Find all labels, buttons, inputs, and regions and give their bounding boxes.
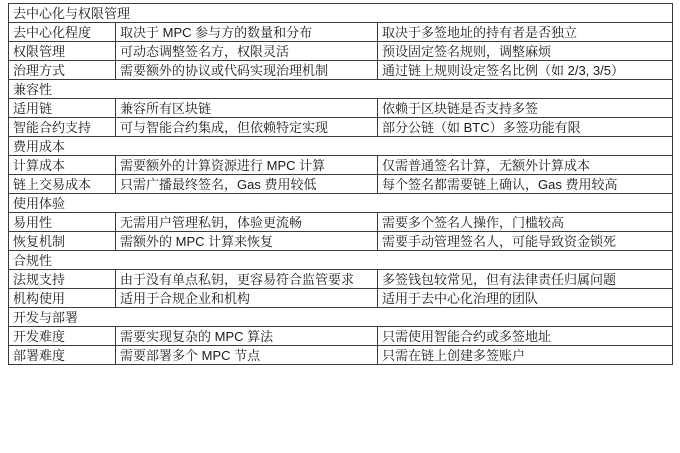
table-row: 权限管理 可动态调整签名方，权限灵活 预设固定签名规则，调整麻烦 [9, 42, 673, 61]
table-row: 适用链 兼容所有区块链 依赖于区块链是否支持多签 [9, 99, 673, 118]
multisig-cell: 适用于去中心化治理的团队 [378, 289, 673, 308]
multisig-cell: 多签钱包较常见，但有法律责任归属问题 [378, 270, 673, 289]
row-label: 法规支持 [9, 270, 116, 289]
row-label: 机构使用 [9, 289, 116, 308]
table-row: 机构使用 适用于合规企业和机构 适用于去中心化治理的团队 [9, 289, 673, 308]
section-header-row: 去中心化与权限管理 [9, 4, 673, 23]
table-row: 链上交易成本 只需广播最终签名，Gas 费用较低 每个签名都需要链上确认，Gas… [9, 175, 673, 194]
table-row: 部署难度 需要部署多个 MPC 节点 只需在链上创建多签账户 [9, 346, 673, 365]
row-label: 适用链 [9, 99, 116, 118]
mpc-cell: 适用于合规企业和机构 [116, 289, 378, 308]
row-label: 权限管理 [9, 42, 116, 61]
mpc-cell: 无需用户管理私钥，体验更流畅 [116, 213, 378, 232]
multisig-cell: 预设固定签名规则，调整麻烦 [378, 42, 673, 61]
multisig-cell: 依赖于区块链是否支持多签 [378, 99, 673, 118]
table-row: 治理方式 需要额外的协议或代码实现治理机制 通过链上规则设定签名比例（如 2/3… [9, 61, 673, 80]
table-row: 去中心化程度 取决于 MPC 参与方的数量和分布 取决于多签地址的持有者是否独立 [9, 23, 673, 42]
section-title: 开发与部署 [9, 308, 673, 327]
section-title: 去中心化与权限管理 [9, 4, 673, 23]
multisig-cell: 仅需普通签名计算，无额外计算成本 [378, 156, 673, 175]
table-row: 法规支持 由于没有单点私钥，更容易符合监管要求 多签钱包较常见，但有法律责任归属… [9, 270, 673, 289]
table-row: 智能合约支持 可与智能合约集成，但依赖特定实现 部分公链（如 BTC）多签功能有… [9, 118, 673, 137]
row-label: 治理方式 [9, 61, 116, 80]
row-label: 链上交易成本 [9, 175, 116, 194]
row-label: 智能合约支持 [9, 118, 116, 137]
row-label: 计算成本 [9, 156, 116, 175]
section-header-row: 开发与部署 [9, 308, 673, 327]
mpc-cell: 需要实现复杂的 MPC 算法 [116, 327, 378, 346]
section-title: 兼容性 [9, 80, 673, 99]
row-label: 去中心化程度 [9, 23, 116, 42]
table-row: 开发难度 需要实现复杂的 MPC 算法 只需使用智能合约或多签地址 [9, 327, 673, 346]
mpc-cell: 取决于 MPC 参与方的数量和分布 [116, 23, 378, 42]
mpc-cell: 可与智能合约集成，但依赖特定实现 [116, 118, 378, 137]
section-header-row: 合规性 [9, 251, 673, 270]
section-title: 费用成本 [9, 137, 673, 156]
section-header-row: 兼容性 [9, 80, 673, 99]
section-header-row: 费用成本 [9, 137, 673, 156]
multisig-cell: 需要多个签名人操作，门槛较高 [378, 213, 673, 232]
multisig-cell: 每个签名都需要链上确认，Gas 费用较高 [378, 175, 673, 194]
multisig-cell: 只需在链上创建多签账户 [378, 346, 673, 365]
mpc-cell: 需要额外的协议或代码实现治理机制 [116, 61, 378, 80]
mpc-cell: 只需广播最终签名，Gas 费用较低 [116, 175, 378, 194]
table-row: 恢复机制 需额外的 MPC 计算来恢复 需要手动管理签名人，可能导致资金锁死 [9, 232, 673, 251]
mpc-cell: 可动态调整签名方，权限灵活 [116, 42, 378, 61]
comparison-table-page: 去中心化与权限管理 去中心化程度 取决于 MPC 参与方的数量和分布 取决于多签… [0, 0, 680, 365]
section-header-row: 使用体验 [9, 194, 673, 213]
row-label: 易用性 [9, 213, 116, 232]
row-label: 恢复机制 [9, 232, 116, 251]
multisig-cell: 需要手动管理签名人，可能导致资金锁死 [378, 232, 673, 251]
table-row: 易用性 无需用户管理私钥，体验更流畅 需要多个签名人操作，门槛较高 [9, 213, 673, 232]
mpc-cell: 兼容所有区块链 [116, 99, 378, 118]
multisig-cell: 取决于多签地址的持有者是否独立 [378, 23, 673, 42]
mpc-cell: 需要额外的计算资源进行 MPC 计算 [116, 156, 378, 175]
section-title: 使用体验 [9, 194, 673, 213]
mpc-cell: 需要部署多个 MPC 节点 [116, 346, 378, 365]
multisig-cell: 部分公链（如 BTC）多签功能有限 [378, 118, 673, 137]
mpc-cell: 由于没有单点私钥，更容易符合监管要求 [116, 270, 378, 289]
mpc-vs-multisig-table: 去中心化与权限管理 去中心化程度 取决于 MPC 参与方的数量和分布 取决于多签… [8, 3, 673, 365]
mpc-cell: 需额外的 MPC 计算来恢复 [116, 232, 378, 251]
section-title: 合规性 [9, 251, 673, 270]
row-label: 部署难度 [9, 346, 116, 365]
multisig-cell: 只需使用智能合约或多签地址 [378, 327, 673, 346]
multisig-cell: 通过链上规则设定签名比例（如 2/3, 3/5） [378, 61, 673, 80]
row-label: 开发难度 [9, 327, 116, 346]
table-row: 计算成本 需要额外的计算资源进行 MPC 计算 仅需普通签名计算，无额外计算成本 [9, 156, 673, 175]
